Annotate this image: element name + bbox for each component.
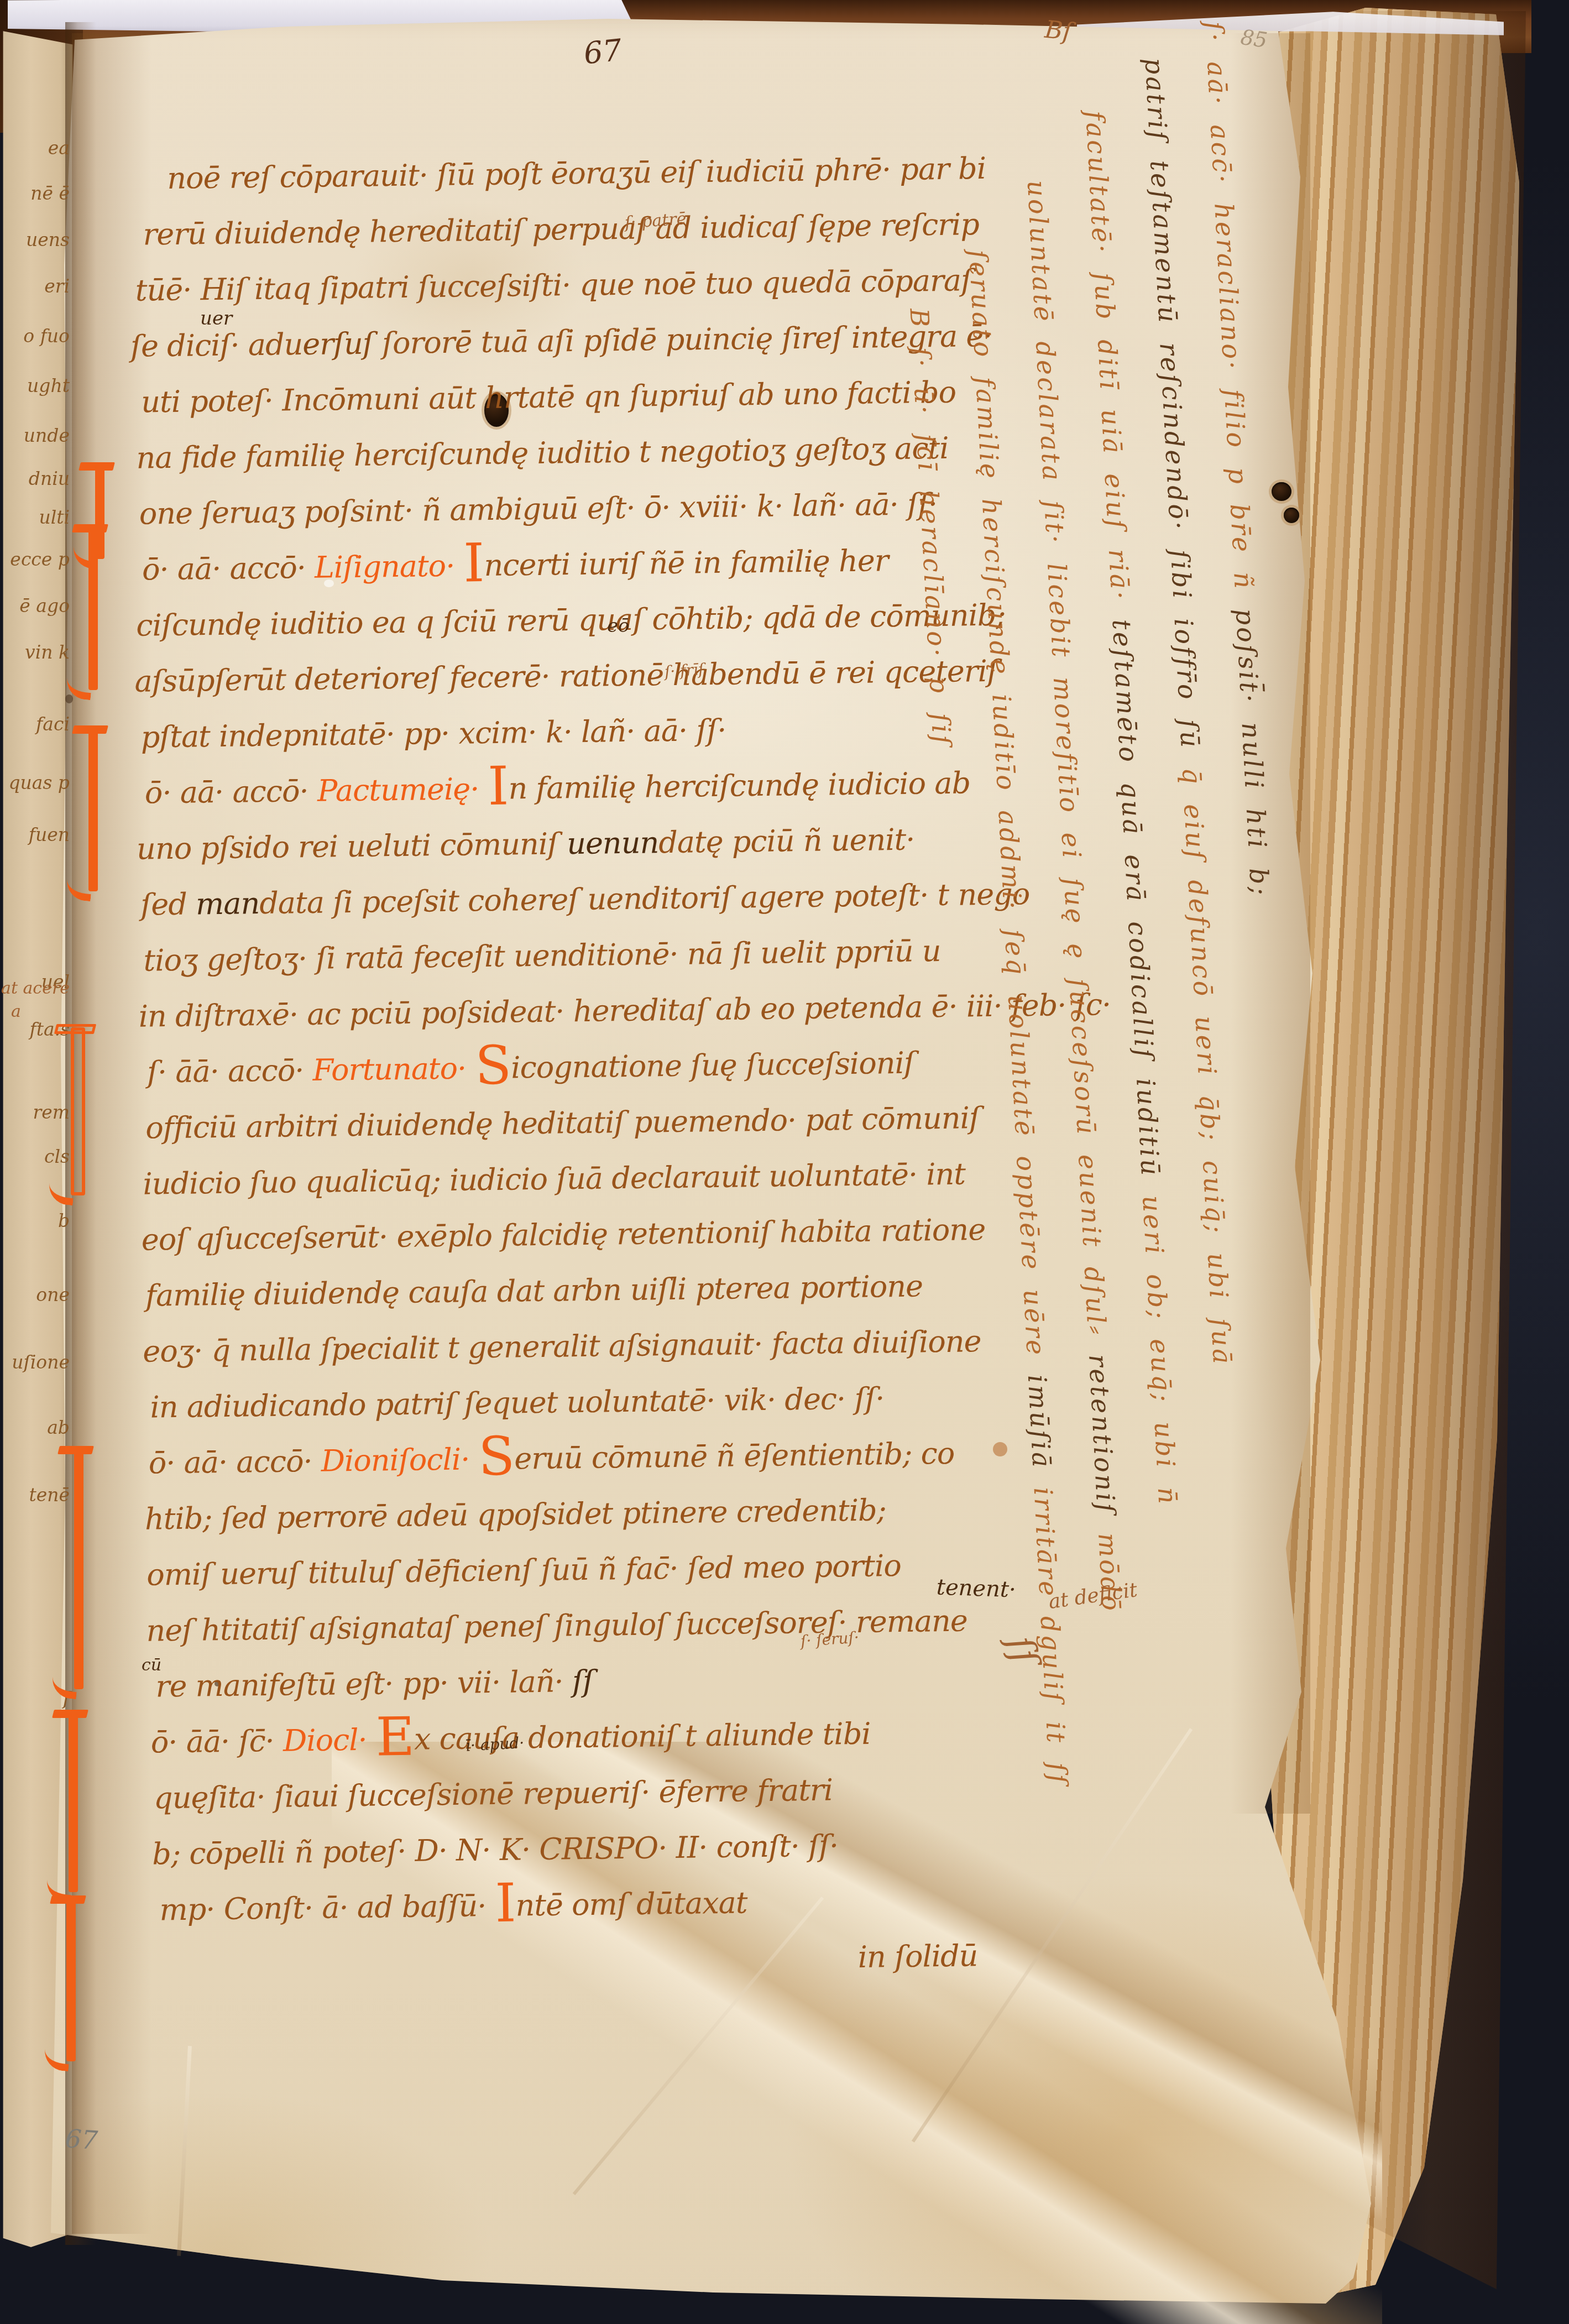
facing-fragment: ē ago [19, 595, 70, 617]
text-segment: pſtat indepnitatē· pp· xcim· k· lañ· aā·… [140, 713, 726, 755]
text-segment: in adiudicando patriſ ſequet uoluntatē· … [150, 1381, 885, 1424]
text-segment: I [495, 1872, 516, 1934]
text-segment [479, 771, 488, 806]
text-segment: eoʒ· q̄ nulla ſpecialit t generalit aſsi… [143, 1324, 981, 1369]
text-segment [469, 1442, 479, 1476]
text-segment: B ſ· ū· ſcī heraclīano· p ſiſ [904, 307, 957, 748]
text-segment: data ſi pceſsit cohereſ uenditoriſ agere… [259, 876, 1030, 921]
wormhole [1284, 508, 1299, 523]
facing-fragment: ecce p [10, 549, 70, 570]
text-segment: Liſignato· [315, 549, 455, 585]
text-segment: tūē· Hiſ itaq ſipatri ſucceſsiſti· que n… [135, 263, 971, 307]
facing-fragment: o fuo [23, 325, 70, 347]
text-segment: ō· aā· accō· [148, 1444, 321, 1481]
initial-stem [88, 729, 98, 891]
initial-stem [71, 1027, 85, 1195]
facing-fragment: quas p [8, 772, 70, 793]
text-segment: icognatione ſuę ſucceſsioniſ [511, 1046, 914, 1085]
text-segment: ō· aā· accō· [142, 550, 315, 587]
photograph-of-manuscript: { "page": { "folio_top": "67", "folio_bo… [0, 0, 1569, 2324]
facing-fragment: uens [26, 229, 70, 250]
initial-stem [88, 528, 98, 690]
text-segment: ſed [140, 886, 196, 922]
text-segment: re manifeſtū eſt· pp· vii· lañ· [155, 1664, 572, 1704]
text-segment: S [478, 1425, 515, 1488]
facing-fragment: uſione [12, 1351, 70, 1373]
text-segment: officiū arbitri diuidendę heditatiſ puem… [145, 1100, 980, 1145]
text-segment: ſe diciſ· adu [130, 327, 303, 364]
interlinear-note: cū [142, 1655, 161, 1675]
text-segment: na fide familię herciſcundę iuditio t ne… [136, 431, 949, 476]
initial-letter-J [62, 1446, 95, 1689]
text-segment: ueri ob; euq̄; ubi n̄ [1137, 1195, 1183, 1507]
facing-fragment: ab [47, 1417, 70, 1438]
text-segment: eruū cōmunē ñ ēſentientib; co [514, 1436, 955, 1476]
text-segment: uenun [567, 825, 659, 861]
facing-fragment: eri [44, 275, 70, 297]
text-segment: poſsit̄· nulli hti b; [1230, 608, 1275, 898]
text-segment: uti poteſ· Incōmuni aūt hrtatē qn ſupriu… [141, 375, 956, 420]
text-segment: ō· āā· ſc̄· [150, 1724, 283, 1760]
initial-letter-J [56, 1710, 90, 1892]
text-segment: Diocl· [283, 1722, 368, 1758]
text-segment: imūſiā [1022, 1374, 1058, 1488]
text-segment: S [475, 1035, 511, 1097]
text-segment: datę pciū ñ uenit· [658, 822, 915, 860]
text-segment: ſſ [572, 1664, 594, 1699]
text-segment: ō· aā· accō· [145, 774, 318, 811]
text-segment [367, 1722, 376, 1757]
initial-letter-J [76, 524, 109, 690]
facing-fragment: one [36, 1284, 70, 1305]
text-segment: noē reſ cōparauit· ſiū poſt ēoraʒū eiſ i… [167, 151, 986, 196]
text-segment: htib; ſed perrorē adeū qpoſsidet ptinere… [145, 1492, 887, 1536]
text-segment: Fortunato· [312, 1051, 466, 1088]
initial-letter-J [76, 725, 109, 891]
text-segment: E [375, 1706, 414, 1768]
initial-stem [74, 1449, 83, 1689]
facing-fragment: vin k [25, 641, 70, 663]
text-segment: rerū diuidendę hereditatiſ perpuaſ ad iu… [143, 207, 979, 252]
text-segment: iudicio ſuo qualicūq; iudicio ſuā declar… [143, 1157, 965, 1202]
text-segment: eoſ qſucceſserūt· exēplo falcidię retent… [141, 1212, 985, 1257]
text-line: in ſolidū [150, 1926, 1123, 1993]
facing-fragment: ught [27, 375, 70, 396]
text-segment: one ſeruaʒ poſsint· ñ ambiguū eſt· ō· xv… [139, 487, 937, 531]
wormhole [1272, 482, 1291, 501]
text-segment: erſuſ [302, 326, 373, 362]
interlinear-note: Bſ [1043, 15, 1073, 46]
text-segment: quęſita· ſiaui ſucceſsionē repueriſ· ēfe… [154, 1773, 833, 1816]
text-segment: aſsūpſerūt deterioreſ fecerē· rationē ha… [134, 654, 997, 699]
facing-fragment: nē ē [30, 182, 70, 204]
interlinear-note: uer [200, 307, 232, 330]
text-segment: man [196, 886, 260, 921]
text-segment: Pactumeię· [317, 771, 479, 808]
text-segment: retentioniſ [1083, 1354, 1122, 1534]
folio-number-top: 67 [582, 33, 624, 71]
text-segment: I [488, 755, 509, 817]
text-segment: facultatē· ſub ditī uiā eiuſ riā· [1080, 110, 1136, 620]
text-segment: familię diuidendę cauſa dat arbn uiſli p… [145, 1268, 923, 1313]
interlinear-note: 85 [1239, 25, 1269, 53]
facing-fragment: fuen [29, 824, 70, 845]
facing-fragment: dniu [29, 468, 70, 489]
facing-fragment: unde [24, 425, 70, 446]
text-segment: tioʒ geſtoʒ· ſi ratā feceſit uenditionē·… [143, 933, 941, 978]
interlinear-note: eō [607, 615, 630, 637]
text-segment: I [463, 532, 484, 594]
text-segment: b; cōpelli ñ poteſ· D· N· K· CRISPO· II·… [152, 1828, 839, 1871]
text-segment: in ſolidū [857, 1938, 977, 1975]
initial-stem [66, 1899, 76, 2061]
text-segment: ncerti iuriſ ñē in familię her [484, 543, 888, 583]
interlinear-note: ſ· frīſ [664, 660, 704, 681]
interlinear-note: ī· apud· [465, 1733, 525, 1755]
text-segment: Dioniſocli· [321, 1442, 469, 1479]
text-segment: ciſcundę iuditio ea q ſciū rerū quaſ cōh… [136, 598, 1006, 643]
text-segment: ntē omſ dūtaxat [515, 1885, 747, 1923]
text-segment: ſ· āā· accō· [147, 1053, 313, 1090]
text-segment: mp· Conſt· ā· ad baſſū· [159, 1888, 495, 1927]
initial-stem [69, 1713, 78, 1892]
interlinear-note: a [11, 1002, 21, 1021]
initial-letter-J [59, 1024, 92, 1195]
facing-fragment: ulti [39, 506, 70, 528]
facing-fragment: b [58, 1210, 70, 1231]
text-segment [454, 549, 464, 583]
facing-fragment: faci [36, 713, 70, 735]
facing-fragment: ea [48, 137, 70, 159]
text-segment: n familię herciſcundę iudicio ab [508, 765, 970, 806]
interlinear-note: at acere [1, 979, 70, 998]
initial-letter-J [54, 1895, 87, 2061]
text-segment [466, 1051, 475, 1085]
text-segment: omiſ ueruſ tituluſ dēficienſ ſuū ñ fac̄·… [147, 1548, 901, 1592]
interlinear-note: tenent· [936, 1575, 1016, 1603]
text-segment: uno pſsido rei ueluti cōmuniſ [137, 826, 567, 866]
